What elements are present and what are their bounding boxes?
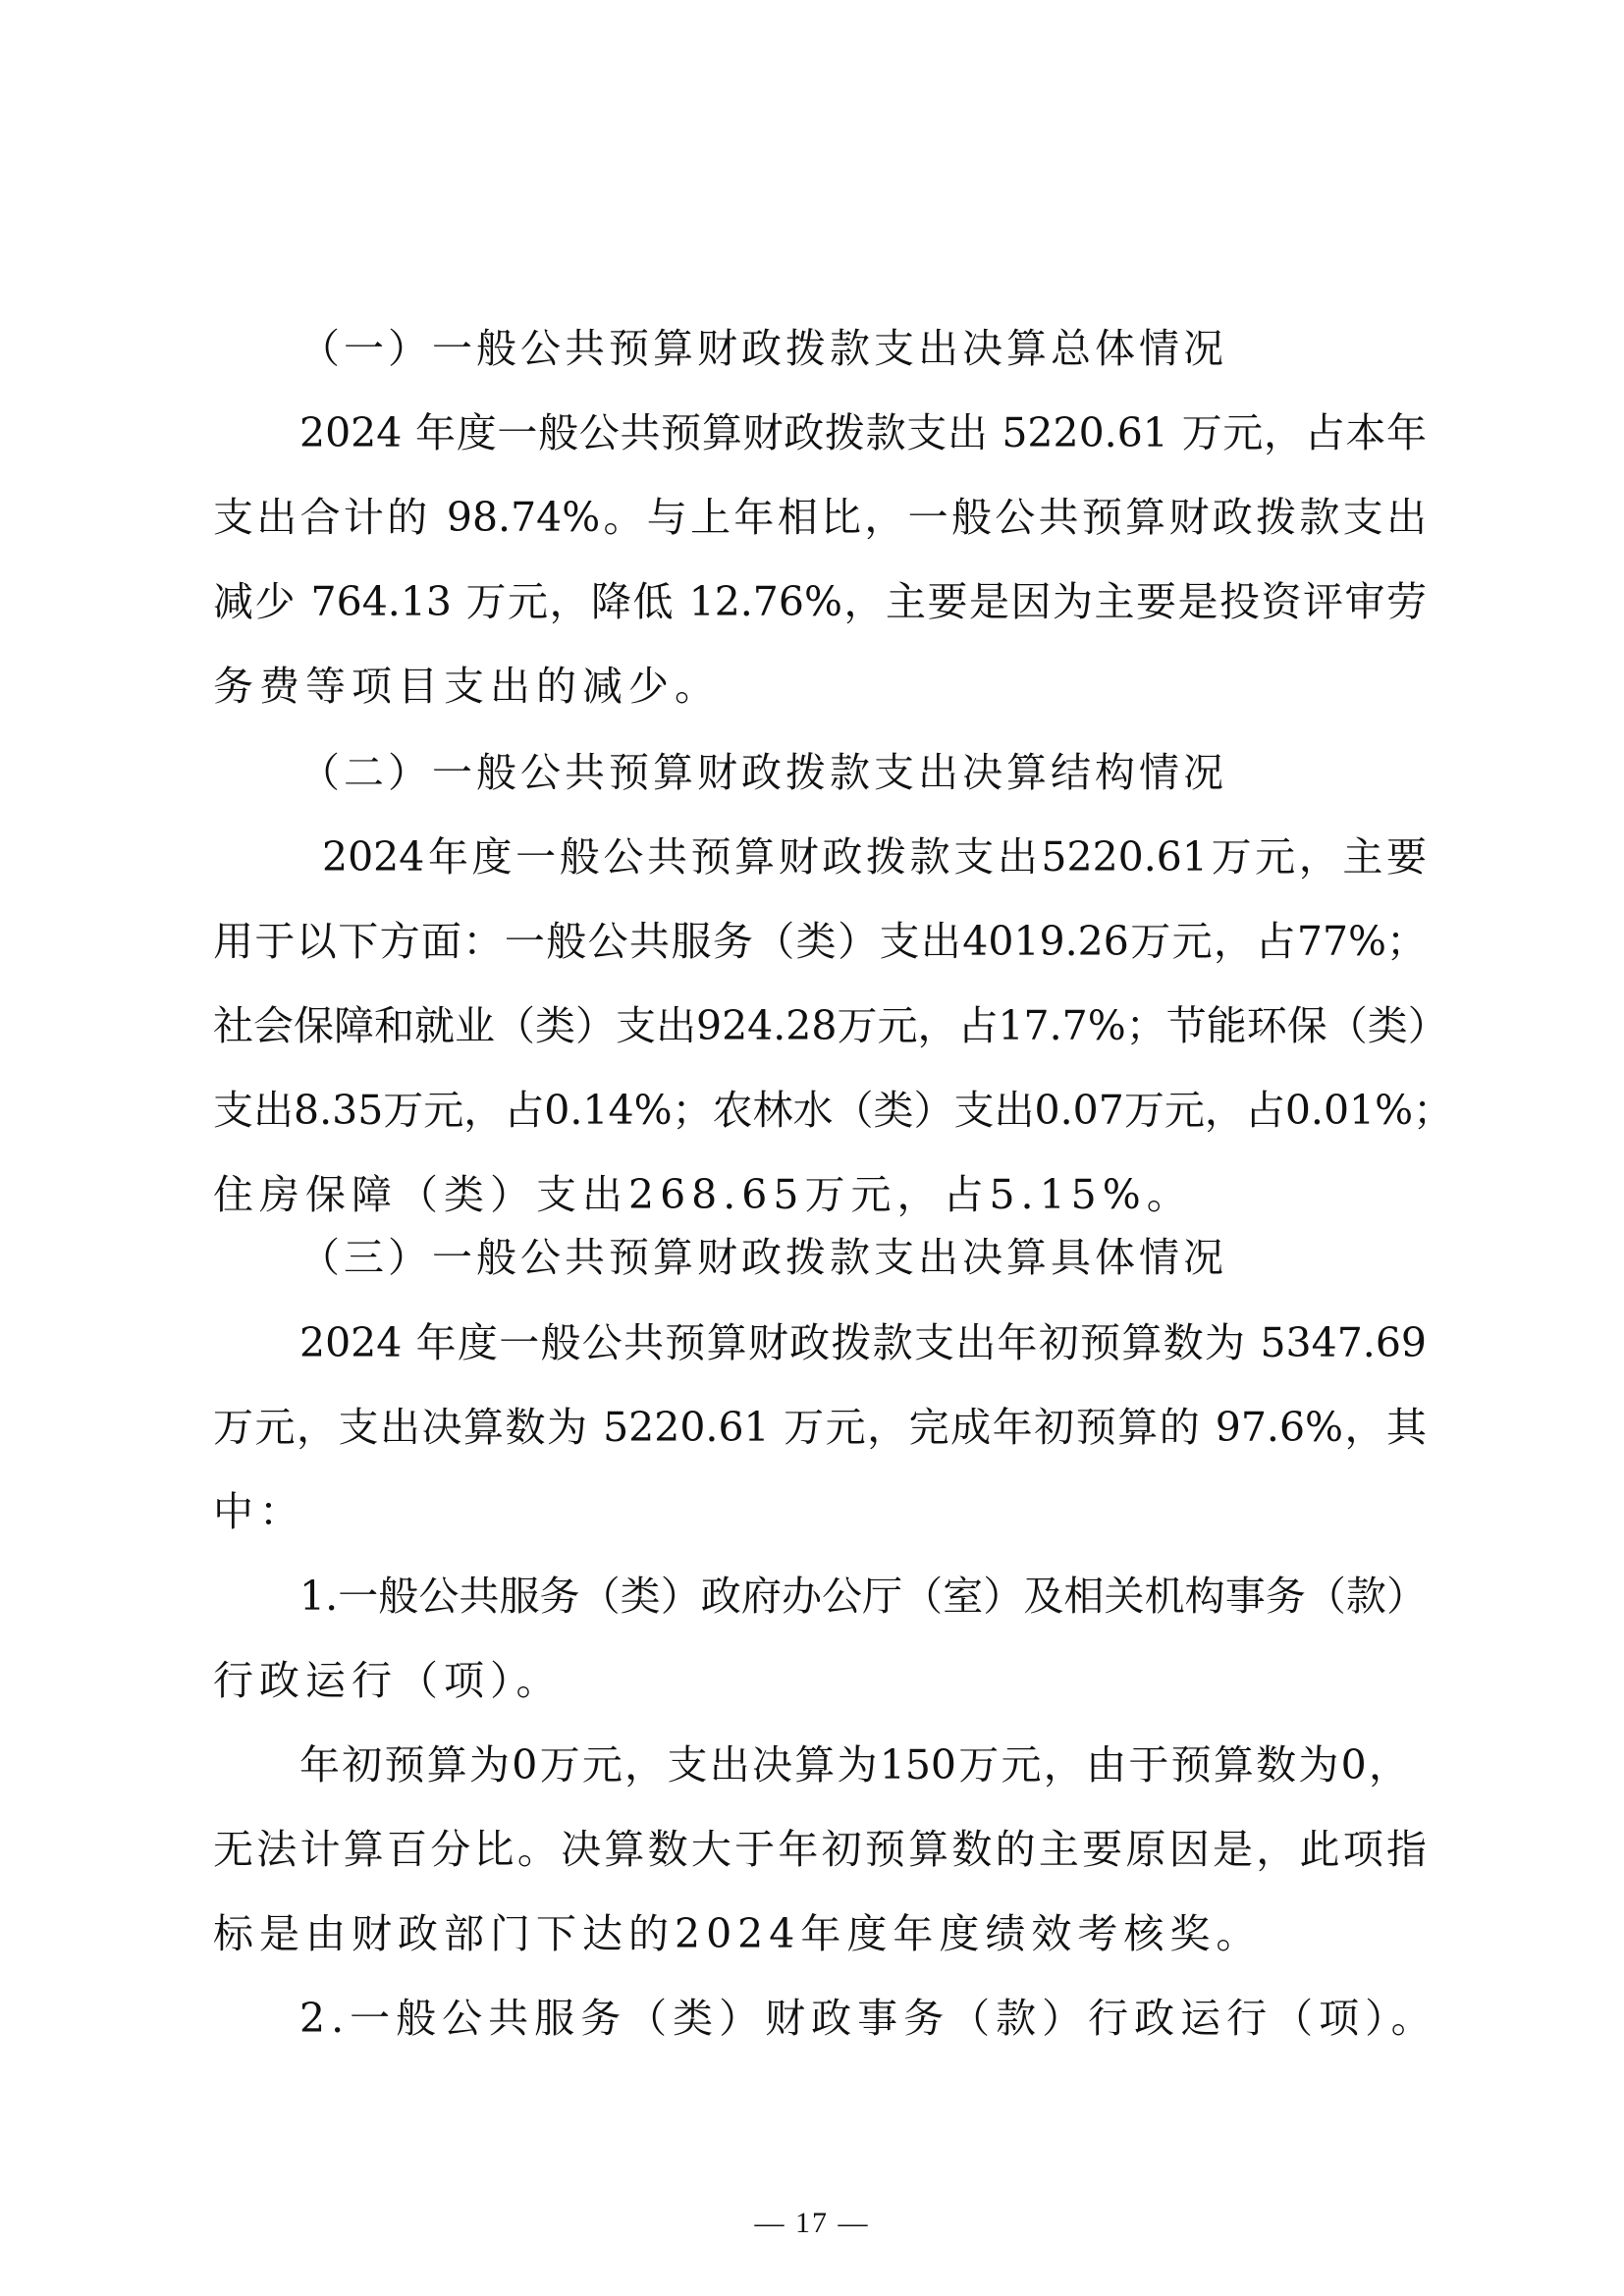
paragraph-line: 务费等项目支出的减少。 bbox=[213, 662, 1427, 711]
paragraph-line: 中： bbox=[213, 1487, 1427, 1536]
item-title-line: 2.一般公共服务（类）财政事务（款）行政运行（项）。 bbox=[299, 1994, 1513, 2043]
paragraph-line: 2024 年度一般公共预算财政拨款支出年初预算数为 5347.69 bbox=[299, 1318, 1427, 1367]
paragraph-line: 支出合计的 98.74%。与上年相比，一般公共预算财政拨款支出 bbox=[213, 493, 1427, 542]
paragraph-line: 2024 年度一般公共预算财政拨款支出 5220.61 万元，占本年 bbox=[299, 408, 1427, 457]
item-title-line: 1.一般公共服务（类）政府办公厅（室）及相关机构事务（款） bbox=[299, 1572, 1427, 1621]
section-heading-3: （三）一般公共预算财政拨款支出决算具体情况 bbox=[299, 1233, 1513, 1282]
paragraph-line: 年初预算为0万元，支出决算为150万元，由于预算数为0， bbox=[299, 1740, 1409, 1789]
paragraph-line: 无法计算百分比。决算数大于年初预算数的主要原因是，此项指 bbox=[213, 1825, 1427, 1874]
page-number: — 17 — bbox=[0, 2207, 1624, 2240]
paragraph-line: 标是由财政部门下达的2024年度年度绩效考核奖。 bbox=[213, 1909, 1427, 1958]
paragraph-line: 用于以下方面：一般公共服务（类）支出4019.26万元，占77%； bbox=[213, 917, 1427, 966]
paragraph-line: 万元，支出决算数为 5220.61 万元，完成年初预算的 97.6%，其 bbox=[213, 1403, 1427, 1452]
paragraph-line: 减少 764.13 万元，降低 12.76%，主要是因为主要是投资评审劳 bbox=[213, 577, 1427, 626]
item-title-line: 行政运行（项）。 bbox=[213, 1656, 1427, 1705]
section-heading-1: （一）一般公共预算财政拨款支出决算总体情况 bbox=[299, 324, 1513, 373]
section-heading-2: （二）一般公共预算财政拨款支出决算结构情况 bbox=[299, 748, 1513, 797]
paragraph-line: 住房保障（类）支出268.65万元，占5.15%。 bbox=[213, 1170, 1427, 1219]
paragraph-line: 2024年度一般公共预算财政拨款支出5220.61万元，主要 bbox=[322, 832, 1427, 881]
paragraph-line: 社会保障和就业（类）支出924.28万元，占17.7%；节能环保（类） bbox=[213, 1001, 1427, 1050]
document-page: （一）一般公共预算财政拨款支出决算总体情况 2024 年度一般公共预算财政拨款支… bbox=[0, 0, 1624, 2296]
paragraph-line: 支出8.35万元，占0.14%；农林水（类）支出0.07万元，占0.01%； bbox=[213, 1086, 1427, 1135]
